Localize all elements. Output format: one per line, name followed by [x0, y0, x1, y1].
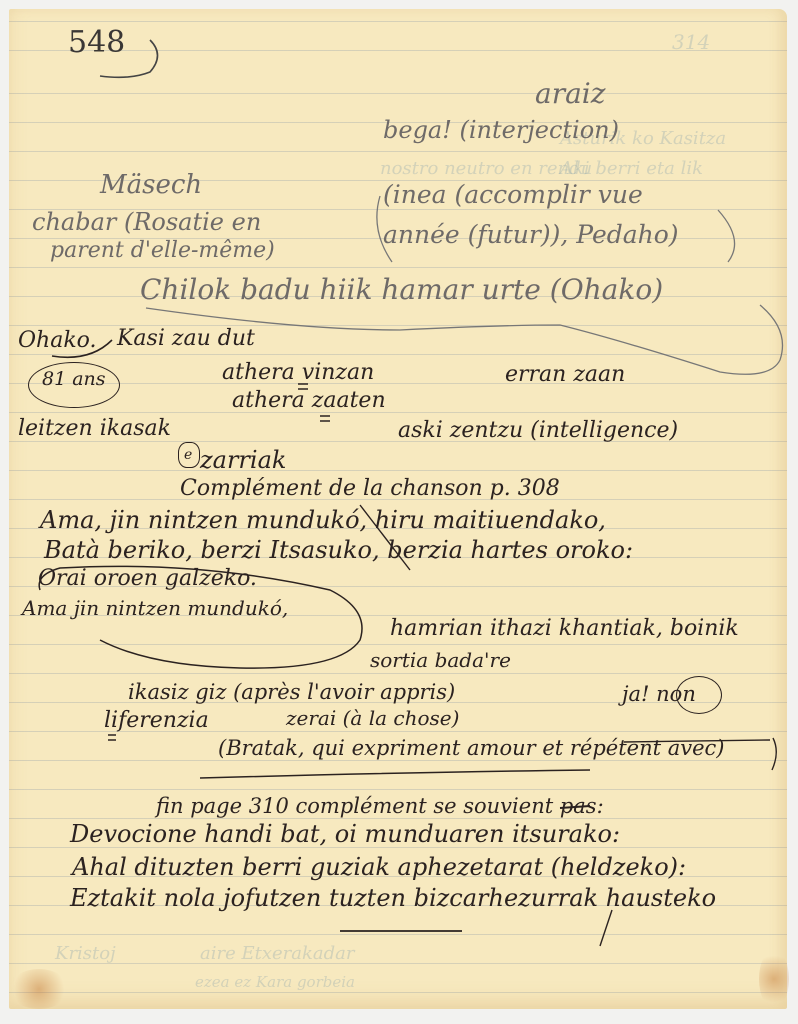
pen-strokes [0, 0, 798, 1024]
